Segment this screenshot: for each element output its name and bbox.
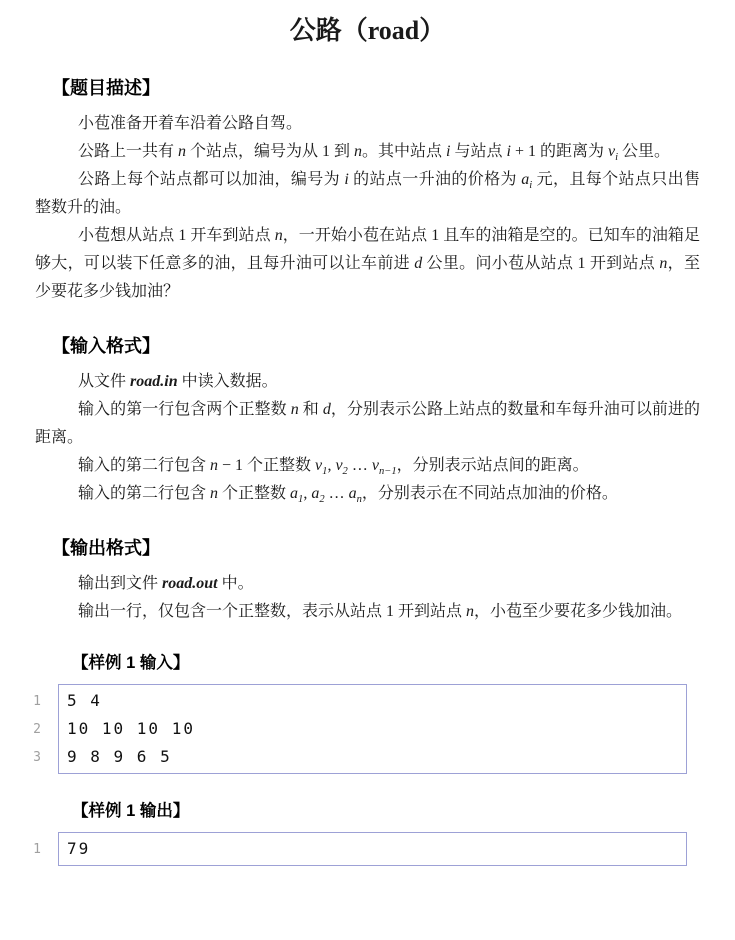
line-number: 3 bbox=[11, 744, 41, 772]
line-number: 1 bbox=[11, 688, 41, 716]
math-var: v2 bbox=[335, 457, 347, 474]
paragraph: 公路上一共有 n 个站点，编号为从 1 到 n。其中站点 i 与站点 i + 1… bbox=[35, 138, 700, 166]
math-base: v bbox=[335, 457, 342, 474]
heading-sample-1-input: 【样例 1 输入】 bbox=[72, 652, 700, 674]
text-run: 输入的第二行包含 bbox=[78, 485, 210, 502]
problem-page: 公路（road） 【题目描述】小苞准备开着车沿着公路自驾。公路上一共有 n 个站… bbox=[0, 0, 735, 940]
text-run: 输入的第二行包含 bbox=[78, 457, 210, 474]
file-name: road.out bbox=[162, 575, 218, 592]
paragraph: 输出一行，仅包含一个正整数，表示从站点 1 开到站点 n，小苞至少要花多少钱加油… bbox=[35, 598, 700, 626]
paragraph: 输入的第二行包含 n − 1 个正整数 v1, v2 … vn−1，分别表示站点… bbox=[35, 452, 700, 480]
math-var: n bbox=[291, 401, 299, 418]
paragraph: 输入的第二行包含 n 个正整数 a1, a2 … an，分别表示在不同站点加油的… bbox=[35, 480, 700, 508]
math-var: a1 bbox=[290, 485, 303, 502]
text-run: 小苞想从站点 1 开车到站点 bbox=[78, 227, 275, 244]
page-title: 公路（road） bbox=[35, 14, 700, 48]
text-run: 公里。 bbox=[618, 143, 670, 160]
math-var: a2 bbox=[311, 485, 324, 502]
text-run: … bbox=[348, 457, 372, 474]
math-var: ai bbox=[521, 171, 532, 188]
math-base: a bbox=[349, 485, 357, 502]
section-sample-1-input: 【样例 1 输入】15 4210 10 10 1039 8 9 6 5 bbox=[35, 652, 700, 774]
math-var: n bbox=[466, 603, 474, 620]
text-run: 输出一行，仅包含一个正整数，表示从站点 1 开到站点 bbox=[78, 603, 466, 620]
text-run: ，分别表示站点间的距离。 bbox=[397, 457, 589, 474]
file-name: road.in bbox=[130, 373, 178, 390]
text-run: 。其中站点 bbox=[362, 143, 446, 160]
code-text: 5 4 bbox=[67, 691, 102, 710]
text-run: … bbox=[325, 485, 349, 502]
paragraph: 从文件 road.in 中读入数据。 bbox=[35, 368, 700, 396]
text-run: − 1 个正整数 bbox=[218, 457, 315, 474]
math-var: vi bbox=[608, 143, 618, 160]
text-run: 的站点一升油的价格为 bbox=[349, 171, 521, 188]
math-var: vn−1 bbox=[372, 457, 397, 474]
text-run: 个正整数 bbox=[218, 485, 290, 502]
text-run: + 1 的距离为 bbox=[511, 143, 608, 160]
text-run: 公路上一共有 bbox=[78, 143, 178, 160]
heading-input-format: 【输入格式】 bbox=[52, 334, 700, 358]
text-run: 小苞准备开着车沿着公路自驾。 bbox=[78, 115, 302, 132]
text-run: 公里。问小苞从站点 1 开到站点 bbox=[422, 255, 659, 272]
math-var: n bbox=[210, 457, 218, 474]
text-run: 公路上每个站点都可以加油，编号为 bbox=[78, 171, 344, 188]
code-block-sample-1-output: 179 bbox=[58, 832, 687, 866]
math-base: a bbox=[290, 485, 298, 502]
paragraph: 输入的第一行包含两个正整数 n 和 d，分别表示公路上站点的数量和车每升油可以前… bbox=[35, 396, 700, 452]
paragraph: 输出到文件 road.out 中。 bbox=[35, 570, 700, 598]
math-var: d bbox=[323, 401, 331, 418]
code-line: 15 4 bbox=[67, 687, 678, 715]
math-var: n bbox=[354, 143, 362, 160]
math-var: n bbox=[178, 143, 186, 160]
line-number: 1 bbox=[11, 836, 41, 864]
text-run: ，分别表示在不同站点加油的价格。 bbox=[362, 485, 618, 502]
heading-output-format: 【输出格式】 bbox=[52, 536, 700, 560]
code-line: 179 bbox=[67, 835, 678, 863]
paragraph: 公路上每个站点都可以加油，编号为 i 的站点一升油的价格为 ai 元，且每个站点… bbox=[35, 166, 700, 222]
section-sample-1-output: 【样例 1 输出】179 bbox=[35, 800, 700, 866]
text-run: 输出到文件 bbox=[78, 575, 162, 592]
paragraph: 小苞准备开着车沿着公路自驾。 bbox=[35, 110, 700, 138]
code-text: 10 10 10 10 bbox=[67, 719, 195, 738]
text-run: 和 bbox=[299, 401, 323, 418]
math-var: v1 bbox=[315, 457, 327, 474]
text-run: 输入的第一行包含两个正整数 bbox=[78, 401, 291, 418]
section-input-format: 【输入格式】从文件 road.in 中读入数据。输入的第一行包含两个正整数 n … bbox=[35, 334, 700, 508]
text-run: ，小苞至少要花多少钱加油。 bbox=[474, 603, 682, 620]
heading-sample-1-output: 【样例 1 输出】 bbox=[72, 800, 700, 822]
document-content: 【题目描述】小苞准备开着车沿着公路自驾。公路上一共有 n 个站点，编号为从 1 … bbox=[35, 76, 700, 866]
math-var: n bbox=[210, 485, 218, 502]
math-var: n bbox=[275, 227, 283, 244]
text-run: 与站点 bbox=[451, 143, 507, 160]
code-text: 79 bbox=[67, 839, 90, 858]
heading-problem-description: 【题目描述】 bbox=[52, 76, 700, 100]
text-run: 中。 bbox=[218, 575, 254, 592]
text-run: 从文件 bbox=[78, 373, 130, 390]
section-problem-description: 【题目描述】小苞准备开着车沿着公路自驾。公路上一共有 n 个站点，编号为从 1 … bbox=[35, 76, 700, 306]
math-subscript: n−1 bbox=[379, 466, 397, 477]
code-block-sample-1-input: 15 4210 10 10 1039 8 9 6 5 bbox=[58, 684, 687, 774]
math-base: v bbox=[372, 457, 379, 474]
math-var: an bbox=[349, 485, 362, 502]
text-run: 中读入数据。 bbox=[178, 373, 278, 390]
line-number: 2 bbox=[11, 716, 41, 744]
code-line: 39 8 9 6 5 bbox=[67, 743, 678, 771]
paragraph: 小苞想从站点 1 开车到站点 n，一开始小苞在站点 1 且车的油箱是空的。已知车… bbox=[35, 222, 700, 306]
code-text: 9 8 9 6 5 bbox=[67, 747, 172, 766]
text-run: 个站点，编号为从 1 到 bbox=[186, 143, 354, 160]
section-output-format: 【输出格式】输出到文件 road.out 中。输出一行，仅包含一个正整数，表示从… bbox=[35, 536, 700, 626]
code-line: 210 10 10 10 bbox=[67, 715, 678, 743]
